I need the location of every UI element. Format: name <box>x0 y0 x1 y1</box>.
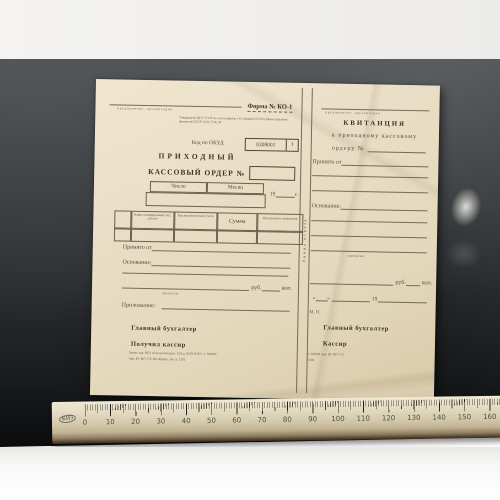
ruler-number: 100 <box>331 415 344 423</box>
ruler-number: 0 <box>83 419 88 427</box>
receipt-subtitle-line1: к приходному кассовому <box>310 132 439 140</box>
receipt-mp-label: М. П. <box>310 309 340 315</box>
background-wall <box>0 0 500 59</box>
receipt-chief-accountant-label: Главный бухгалтер <box>323 324 389 332</box>
receipt-basis-blank <box>341 202 428 212</box>
order-title-line2: КАССОВЫЙ ОРДЕР № <box>148 167 245 178</box>
receipt-in-words-caption: прописью <box>348 254 408 259</box>
receipt-received-from-blank <box>341 158 428 168</box>
received-cashier-label: Получил кассир <box>131 341 186 349</box>
ruler-brand-stamp: КИЗ <box>58 414 76 425</box>
ruler-number: 110 <box>357 415 370 423</box>
receipt-cashier-label: Кассир <box>323 340 347 347</box>
receipt-quote-close: » <box>327 296 330 301</box>
kop-label: коп. <box>282 286 292 292</box>
receipt-order-no-blank <box>367 144 425 153</box>
ruler-number: 70 <box>258 416 267 424</box>
received-from-label: Принято от <box>123 245 152 252</box>
ruler-number: 20 <box>131 418 140 426</box>
year-suffix: г. <box>295 192 298 198</box>
attachment-blank <box>161 301 289 311</box>
ruler-number: 50 <box>207 417 216 425</box>
okud-code-value: 0308001 <box>246 141 286 148</box>
approval-fine-print: Утверждена ЦСУ СССР по согласованию с Го… <box>179 116 293 126</box>
ruler-number: 120 <box>382 414 395 422</box>
receipt-date-day-blank <box>315 293 327 301</box>
cash-order-form-paper: предприятие, организация Форма № КО-1 Ут… <box>90 79 440 402</box>
okud-label: Код по ОКУД <box>192 140 224 147</box>
receipt-date-month-blank <box>332 294 370 303</box>
receipt-blank-line <box>311 243 427 253</box>
order-title-line1: ПРИХОДНЫЙ <box>94 150 300 163</box>
receipt-date-year-blank <box>377 294 427 303</box>
receipt-amount-row: руб. коп. <box>310 276 432 286</box>
ruler: 0102030405060708090100110120130140150160… <box>52 396 500 444</box>
foreground-white-area <box>0 447 500 500</box>
receipt-date-row: « » 19 <box>313 293 427 303</box>
receipt-basis-label: Основание: <box>312 203 342 210</box>
receipt-subtitle-line2-row: ордеру № <box>332 144 426 154</box>
receipt-blank-line <box>312 183 428 193</box>
receipt-kop-label: коп. <box>422 280 432 286</box>
order-number-box <box>249 166 295 181</box>
receipt-org-caption: предприятие, организация <box>325 110 425 116</box>
attachment-row: Приложение: <box>122 301 290 312</box>
order-title-line2-row: КАССОВЫЙ ОРДЕР № <box>148 164 295 181</box>
receipt-basis-row: Основание: <box>312 201 428 211</box>
ruler-number: 40 <box>182 417 191 425</box>
form-number: Форма № КО-1 <box>247 103 292 113</box>
receipt-blank-line <box>311 228 427 238</box>
amount-row: руб. коп. <box>122 281 292 292</box>
receipt-rub-label: руб. <box>395 280 406 286</box>
rub-label: руб. <box>251 285 262 291</box>
ruler-number: 30 <box>156 417 165 425</box>
ruler-number: 90 <box>308 415 317 423</box>
date-table-empty-row <box>146 192 266 208</box>
order-section: предприятие, организация Форма № КО-1 Ут… <box>90 79 302 399</box>
received-from-blank <box>152 243 291 254</box>
receipt-order-no-label: ордеру № <box>332 146 365 153</box>
year-row: 19 г. <box>270 189 298 198</box>
surface-scuff-mark-faint <box>438 232 490 276</box>
ruler-number: 160 <box>483 413 496 421</box>
photo-scene: предприятие, организация Форма № КО-1 Ут… <box>0 0 500 500</box>
year-blank-line <box>275 189 295 197</box>
okud-code-extra: 1 <box>286 140 298 151</box>
okud-code-box: 0308001 1 <box>245 138 299 152</box>
kop-blank <box>262 283 280 291</box>
receipt-blank-line <box>311 213 427 223</box>
ruler-number: 60 <box>232 416 241 424</box>
receipt-kop-blank <box>406 278 420 286</box>
receipt-title: КВИТАНЦИЯ <box>310 119 439 128</box>
ruler-number: 130 <box>407 414 420 422</box>
amount-blank <box>122 281 249 291</box>
attachment-label: Приложение: <box>122 303 156 310</box>
receipt-amount-blank <box>310 276 393 286</box>
in-words-caption: прописью <box>162 291 222 296</box>
ruler-number: 80 <box>283 416 292 424</box>
receipt-received-from-row: Принято от <box>312 157 428 167</box>
receipt-blank-line <box>312 168 428 178</box>
ruler-number: 10 <box>106 418 115 426</box>
receipt-received-from-label: Принято от <box>312 159 341 166</box>
chief-accountant-label: Главный бухгалтер <box>131 325 197 333</box>
receipt-section: предприятие, организация КВИТАНЦИЯ к при… <box>305 83 440 401</box>
ruler-number: 150 <box>458 413 471 421</box>
ruler-number: 140 <box>432 414 445 422</box>
